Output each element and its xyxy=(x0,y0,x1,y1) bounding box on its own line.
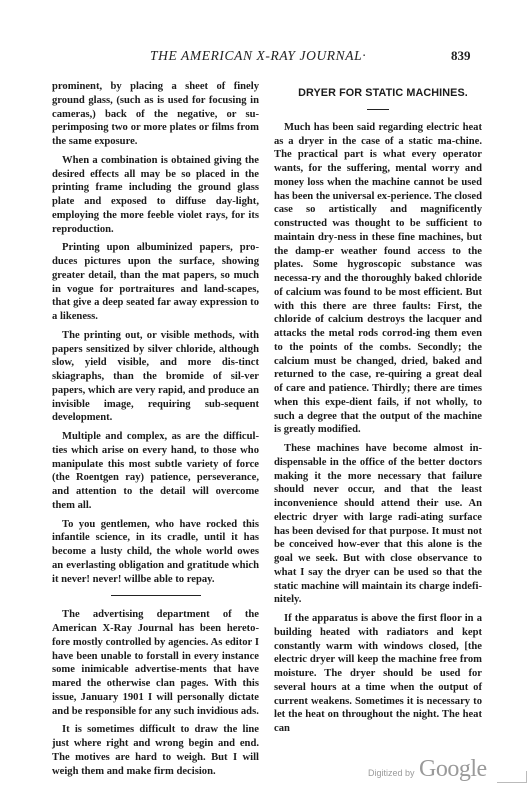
watermark-prefix: Digitized by xyxy=(368,768,415,778)
digitized-by-google-watermark: Digitized by Google xyxy=(368,756,487,783)
paragraph: To you gentlemen, who have rocked this i… xyxy=(52,518,259,587)
editorial-notice-paragraph: It is sometimes difficult to draw the li… xyxy=(52,723,259,778)
journal-title: THE AMERICAN X-RAY JOURNAL· xyxy=(150,48,366,64)
scan-corner-mark xyxy=(497,782,527,783)
editorial-notice-paragraph: The advertising department of the Americ… xyxy=(52,608,259,718)
paragraph: Multiple and complex, as are the difficu… xyxy=(52,430,259,513)
left-column: prominent, by placing a sheet of finely … xyxy=(52,80,259,783)
page-number: 839 xyxy=(451,48,471,64)
paragraph: When a combination is obtained giving th… xyxy=(52,154,259,237)
paragraph: Much has been said regarding electric he… xyxy=(274,121,482,437)
paragraph: These machines have become almost in-dis… xyxy=(274,442,482,607)
title-divider xyxy=(367,109,389,110)
paragraph: If the apparatus is above the first floo… xyxy=(274,612,482,736)
right-column: DRYER FOR STATIC MACHINES. Much has been… xyxy=(274,87,482,741)
paragraph: Printing upon albuminized papers, pro-du… xyxy=(52,241,259,324)
running-header: THE AMERICAN X-RAY JOURNAL· 839 xyxy=(0,48,531,68)
google-logo-text: Google xyxy=(419,756,487,782)
section-divider xyxy=(111,595,201,596)
article-title: DRYER FOR STATIC MACHINES. xyxy=(274,87,482,101)
paragraph: The printing out, or visible methods, wi… xyxy=(52,329,259,425)
paragraph: prominent, by placing a sheet of finely … xyxy=(52,80,259,149)
